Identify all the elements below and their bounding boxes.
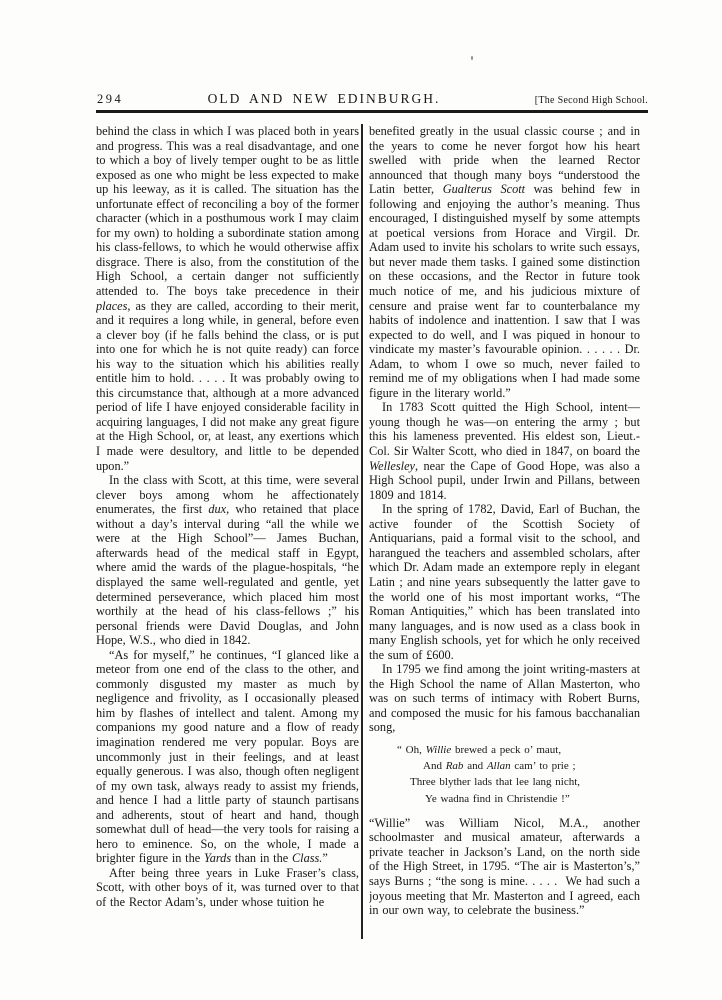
text-run: And (423, 760, 446, 772)
italic-text: Gualterus Scott (443, 182, 525, 196)
text-run: Ye wadna find in Christendie !” (425, 793, 570, 805)
text-column-right: benefited greatly in the usual classic c… (369, 124, 640, 944)
italic-text: dux (208, 502, 226, 516)
text-run: , who retained that place without a day’… (96, 502, 359, 647)
text-run: behind the class in which I was placed b… (96, 124, 359, 298)
text-run: , as they are called, according to their… (96, 299, 359, 473)
paragraph: In the class with Scott, at this time, w… (96, 473, 359, 648)
italic-text: Wellesley (369, 459, 415, 473)
italic-text: Rab (446, 760, 464, 772)
header-rule (96, 110, 648, 113)
italic-text: places (96, 299, 127, 313)
text-run: “Willie” was William Nicol, M.A., anothe… (369, 816, 640, 917)
verse-line: Ye wadna find in Christendie !” (369, 791, 640, 807)
text-run: brewed a peck o’ maut, (451, 744, 561, 756)
paragraph: In 1783 Scott quitted the High School, i… (369, 400, 640, 502)
text-run: ” (322, 851, 327, 865)
column-divider (361, 124, 363, 939)
paragraph: behind the class in which I was placed b… (96, 124, 359, 473)
verse-line: And Rab and Allan cam’ to prie ; (369, 758, 640, 774)
text-column-left: behind the class in which I was placed b… (96, 124, 359, 944)
text-run: “ Oh, (397, 744, 426, 756)
paragraph: After being three years in Luke Fraser’s… (96, 866, 359, 910)
text-run: was behind few in following and enjoying… (369, 182, 640, 400)
verse-line: Three blyther lads that lee lang nicht, (369, 774, 640, 790)
paragraph: In 1795 we find among the joint writing-… (369, 662, 640, 735)
text-run: Three blyther lads that lee lang nicht, (410, 776, 580, 788)
text-run: In the spring of 1782, David, Earl of Bu… (369, 502, 640, 661)
verse-stanza: “ Oh, Willie brewed a peck o’ maut,And R… (369, 742, 640, 807)
scan-speck (471, 56, 473, 60)
verse-line: “ Oh, Willie brewed a peck o’ maut, (369, 742, 640, 758)
italic-text: Willie (426, 744, 452, 756)
text-run: “As for myself,” he continues, “I glance… (96, 648, 359, 866)
italic-text: Class. (292, 851, 322, 865)
running-header-right: [The Second High School. (535, 95, 648, 106)
paragraph: “Willie” was William Nicol, M.A., anothe… (369, 816, 640, 918)
text-run: than in the (231, 851, 292, 865)
paragraph: benefited greatly in the usual classic c… (369, 124, 640, 400)
text-run: In 1795 we find among the joint writing-… (369, 662, 640, 734)
paragraph: In the spring of 1782, David, Earl of Bu… (369, 502, 640, 662)
text-run: cam’ to prie ; (511, 760, 576, 772)
italic-text: Allan (487, 760, 511, 772)
italic-text: Yards (204, 851, 231, 865)
book-page: 294 OLD AND NEW EDINBURGH. [The Second H… (0, 0, 722, 1000)
paragraph: “As for myself,” he continues, “I glance… (96, 648, 359, 866)
text-run: In 1783 Scott quitted the High School, i… (369, 400, 640, 458)
text-run: and (463, 760, 486, 772)
text-run: After being three years in Luke Fraser’s… (96, 866, 359, 909)
